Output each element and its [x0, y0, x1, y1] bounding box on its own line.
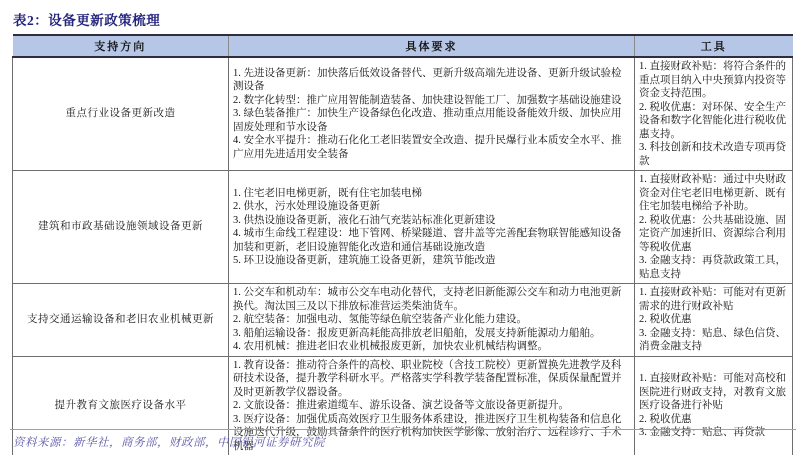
requirements-cell: 1. 公交车和机动车：城市公交车电动化替代，支持老旧新能源公交车和动力电池更新换…	[229, 284, 635, 357]
requirement-item: 2. 供水，污水处理设施设备更新	[233, 200, 630, 214]
tool-item: 2. 税收优惠：对环保、安全生产设备和数字化智能化进行税收优惠支持。	[639, 101, 788, 142]
direction-cell: 支持交通运输设备和老旧农业机械更新	[13, 284, 229, 357]
footer-divider	[10, 429, 796, 430]
requirement-item: 2. 数字化转型：推广应用智能制造装备、加快建设智能工厂、加强数字基础设施建设	[233, 94, 630, 108]
requirement-item: 1. 教育设备：推动符合条件的高校、职业院校（含技工院校）更新置换先进教学及科研…	[233, 359, 630, 400]
requirement-item: 4. 农用机械：推进老旧农业机械报废更新，加快农业机械结构调整。	[233, 340, 630, 354]
requirement-item: 3. 绿色装备推广：加快生产设备绿色化改造、推动重点用能设备能效升级、加快应用固…	[233, 107, 630, 134]
col-header-tools: 工具	[635, 35, 793, 57]
tools-cell: 1. 直接财政补贴：将符合条件的重点项目纳入中央预算内投资等资金支持范围。 2.…	[635, 57, 793, 171]
tool-item: 1. 直接财政补贴：将符合条件的重点项目纳入中央预算内投资等资金支持范围。	[639, 60, 788, 101]
report-page: 表2：设备更新政策梳理 支持方向 具体要求 工具 重点行业设备更新改造 1. 先…	[0, 0, 804, 455]
tool-item: 2. 税收优惠：公共基础设施、固定资产加速折旧、资源综合利用等税收优惠	[639, 214, 788, 255]
requirement-item: 2. 航空装备：加强电动、氢能等绿色航空装备产业化能力建设。	[233, 313, 630, 327]
requirement-item: 4. 安全水平提升：推动石化化工老旧装置安全改造、提升民爆行业本质安全水平、推广…	[233, 134, 630, 161]
col-header-requirements: 具体要求	[229, 35, 635, 57]
requirement-item: 3. 船舶运输设备：报废更新高耗能高排放老旧船舶，发展支持新能源动力船舶。	[233, 327, 630, 341]
col-header-direction: 支持方向	[13, 35, 229, 57]
table-row-construction-municipal: 建筑和市政基础设施领域设备更新 1. 住宅老旧电梯更新，既有住宅加装电梯 2. …	[13, 171, 793, 284]
requirements-cell: 1. 住宅老旧电梯更新，既有住宅加装电梯 2. 供水，污水处理设施设备更新 3.…	[229, 171, 635, 284]
requirement-item: 1. 公交车和机动车：城市公交车电动化替代，支持老旧新能源公交车和动力电池更新换…	[233, 286, 630, 313]
table-title: 表2：设备更新政策梳理	[13, 9, 804, 29]
tools-cell: 1. 直接财政补贴：可能对有更新需求的进行财政补贴 2. 税收优惠 3. 金融支…	[635, 284, 793, 357]
requirement-item: 5. 环卫设施设备更新，建筑施工设备更新，建筑节能改造	[233, 254, 630, 268]
requirements-cell: 1. 先进设备更新：加快落后低效设备替代、更新升级高端先进设备、更新升级试验检测…	[229, 57, 635, 171]
header-row: 支持方向 具体要求 工具	[13, 35, 793, 57]
tool-item: 2. 税收优惠	[639, 313, 788, 327]
requirement-item: 1. 住宅老旧电梯更新，既有住宅加装电梯	[233, 187, 630, 201]
tool-item: 3. 金融支持：贴息、绿色信贷、消费金融支持	[639, 327, 788, 354]
direction-cell: 重点行业设备更新改造	[13, 57, 229, 171]
tool-item: 1. 直接财政补贴：可能对有更新需求的进行财政补贴	[639, 286, 788, 313]
tool-item: 3. 科技创新和技术改造专项再贷款	[639, 141, 788, 168]
tool-item: 1. 直接财政补贴：通过中央财政资金对住宅老旧电梯更新、既有住宅加装电梯给予补助…	[639, 173, 788, 214]
table-row-key-industries: 重点行业设备更新改造 1. 先进设备更新：加快落后低效设备替代、更新升级高端先进…	[13, 57, 793, 171]
table-row-transport-agriculture: 支持交通运输设备和老旧农业机械更新 1. 公交车和机动车：城市公交车电动化替代，…	[13, 284, 793, 357]
requirement-item: 2. 文旅设备：推进索道缆车、游乐设备、演艺设备等文旅设备更新提升。	[233, 399, 630, 413]
source-note: 资料来源：新华社，商务部，财政部，中国银河证券研究院	[13, 434, 325, 450]
tool-item: 2. 税收优惠	[639, 413, 788, 427]
tools-cell: 1. 直接财政补贴：可能对高校和医院进行财政支持，对教育文旅医疗设备进行补贴 2…	[635, 356, 793, 455]
requirement-item: 4. 城市生命线工程建设：地下管网、桥梁隧道、窨井盖等完善配套物联智能感知设备加…	[233, 227, 630, 254]
tool-item: 3. 金融支持：再贷款政策工具，贴息支持	[639, 254, 788, 281]
tool-item: 1. 直接财政补贴：可能对高校和医院进行财政支持，对教育文旅医疗设备进行补贴	[639, 372, 788, 413]
requirement-item: 1. 先进设备更新：加快落后低效设备替代、更新升级高端先进设备、更新升级试验检测…	[233, 67, 630, 94]
requirement-item: 3. 供热设施设备更新，液化石油气充装站标准化更新建设	[233, 214, 630, 228]
policy-table: 支持方向 具体要求 工具 重点行业设备更新改造 1. 先进设备更新：加快落后低效…	[12, 34, 793, 455]
direction-cell: 建筑和市政基础设施领域设备更新	[13, 171, 229, 284]
tools-cell: 1. 直接财政补贴：通过中央财政资金对住宅老旧电梯更新、既有住宅加装电梯给予补助…	[635, 171, 793, 284]
